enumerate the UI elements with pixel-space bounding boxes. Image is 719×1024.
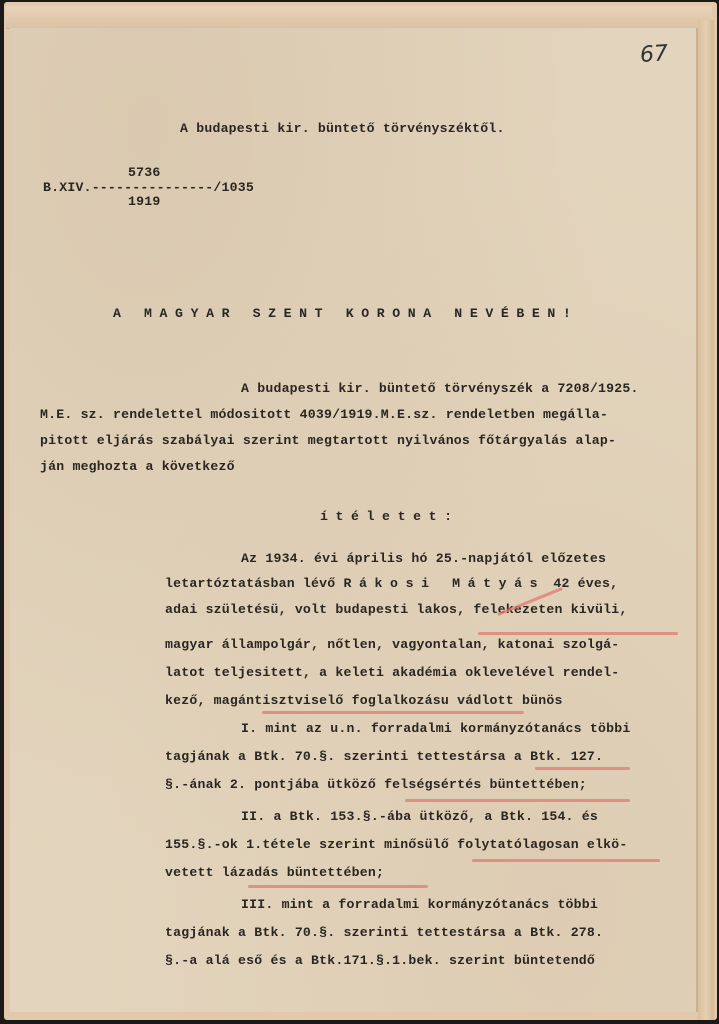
body-line-9: §.-ának 2. pontjába ütköző felségsértés … [165,777,587,793]
case-numerator: 5736 [128,165,160,181]
body-line-7: I. mint az u.n. forradalmi kormányzótaná… [241,721,630,737]
body-line-3: adai születésü, volt budapesti lakos, fe… [165,602,628,618]
folio-number: 67 [639,41,669,68]
folder-top-edge [6,6,712,29]
body-line-4: magyar állampolgár, nőtlen, vagyontalan,… [165,637,619,653]
red-underline-continuous [472,859,660,862]
case-prefix: B.XIV. [43,180,92,195]
intro-line-3: pitott eljárás szabályai szerint megtart… [40,433,616,449]
red-underline-sedition [248,885,428,888]
body-line-1: Az 1934. évi április hó 25.-napjától elő… [241,551,606,567]
red-underline-religion [478,632,678,635]
body-line-8: tagjának a Btk. 70.§. szerinti tettestár… [165,749,603,765]
body-line-12: vetett lázadás büntettében; [165,865,384,881]
red-underline-btk127 [535,767,630,770]
intro-line-1: A budapesti kir. büntető törvényszék a 7… [241,381,639,397]
defendant-name: Rákosi Mátyás [344,576,546,591]
intro-line-4: ján meghozta a következő [40,459,235,475]
case-denominator: 1919 [128,194,160,210]
body-line-5: latot teljesitett, a keleti akadémia okl… [165,665,619,681]
body-line-2: letartóztatásban lévő Rákosi Mátyás 42 é… [165,576,618,592]
intro-line-2: M.E. sz. rendelettel módositott 4039/191… [40,407,608,423]
court-header: A budapesti kir. büntető törvényszéktől. [180,121,505,137]
body-line-13: III. mint a forradalmi kormányzótanács t… [241,897,598,913]
red-underline-occupation [262,711,524,714]
body-line-14: tagjának a Btk. 70.§. szerinti tettestár… [165,925,603,941]
body-line-10: II. a Btk. 153.§.-ába ütköző, a Btk. 154… [241,809,598,825]
body-line-11: 155.§.-ok 1.tétele szerint minősülő foly… [165,837,628,853]
stacked-pages-edge [698,20,714,1020]
defendant-age: 42 éves, [553,576,618,591]
body-line-15: §.-a alá eső és a Btk.171.§.1.bek. szeri… [165,953,595,969]
document-title: A MAGYAR SZENT KORONA NEVÉBEN! [113,306,578,322]
case-suffix: /1035 [213,180,254,195]
verdict-heading: ítéletet: [320,509,460,525]
detention-text: letartóztatásban lévő [165,576,335,591]
red-underline-lese-majeste [405,799,630,802]
body-line-6: kező, magántisztviselő foglalkozásu vádl… [165,693,563,709]
case-dashes: --------------- [92,180,214,195]
